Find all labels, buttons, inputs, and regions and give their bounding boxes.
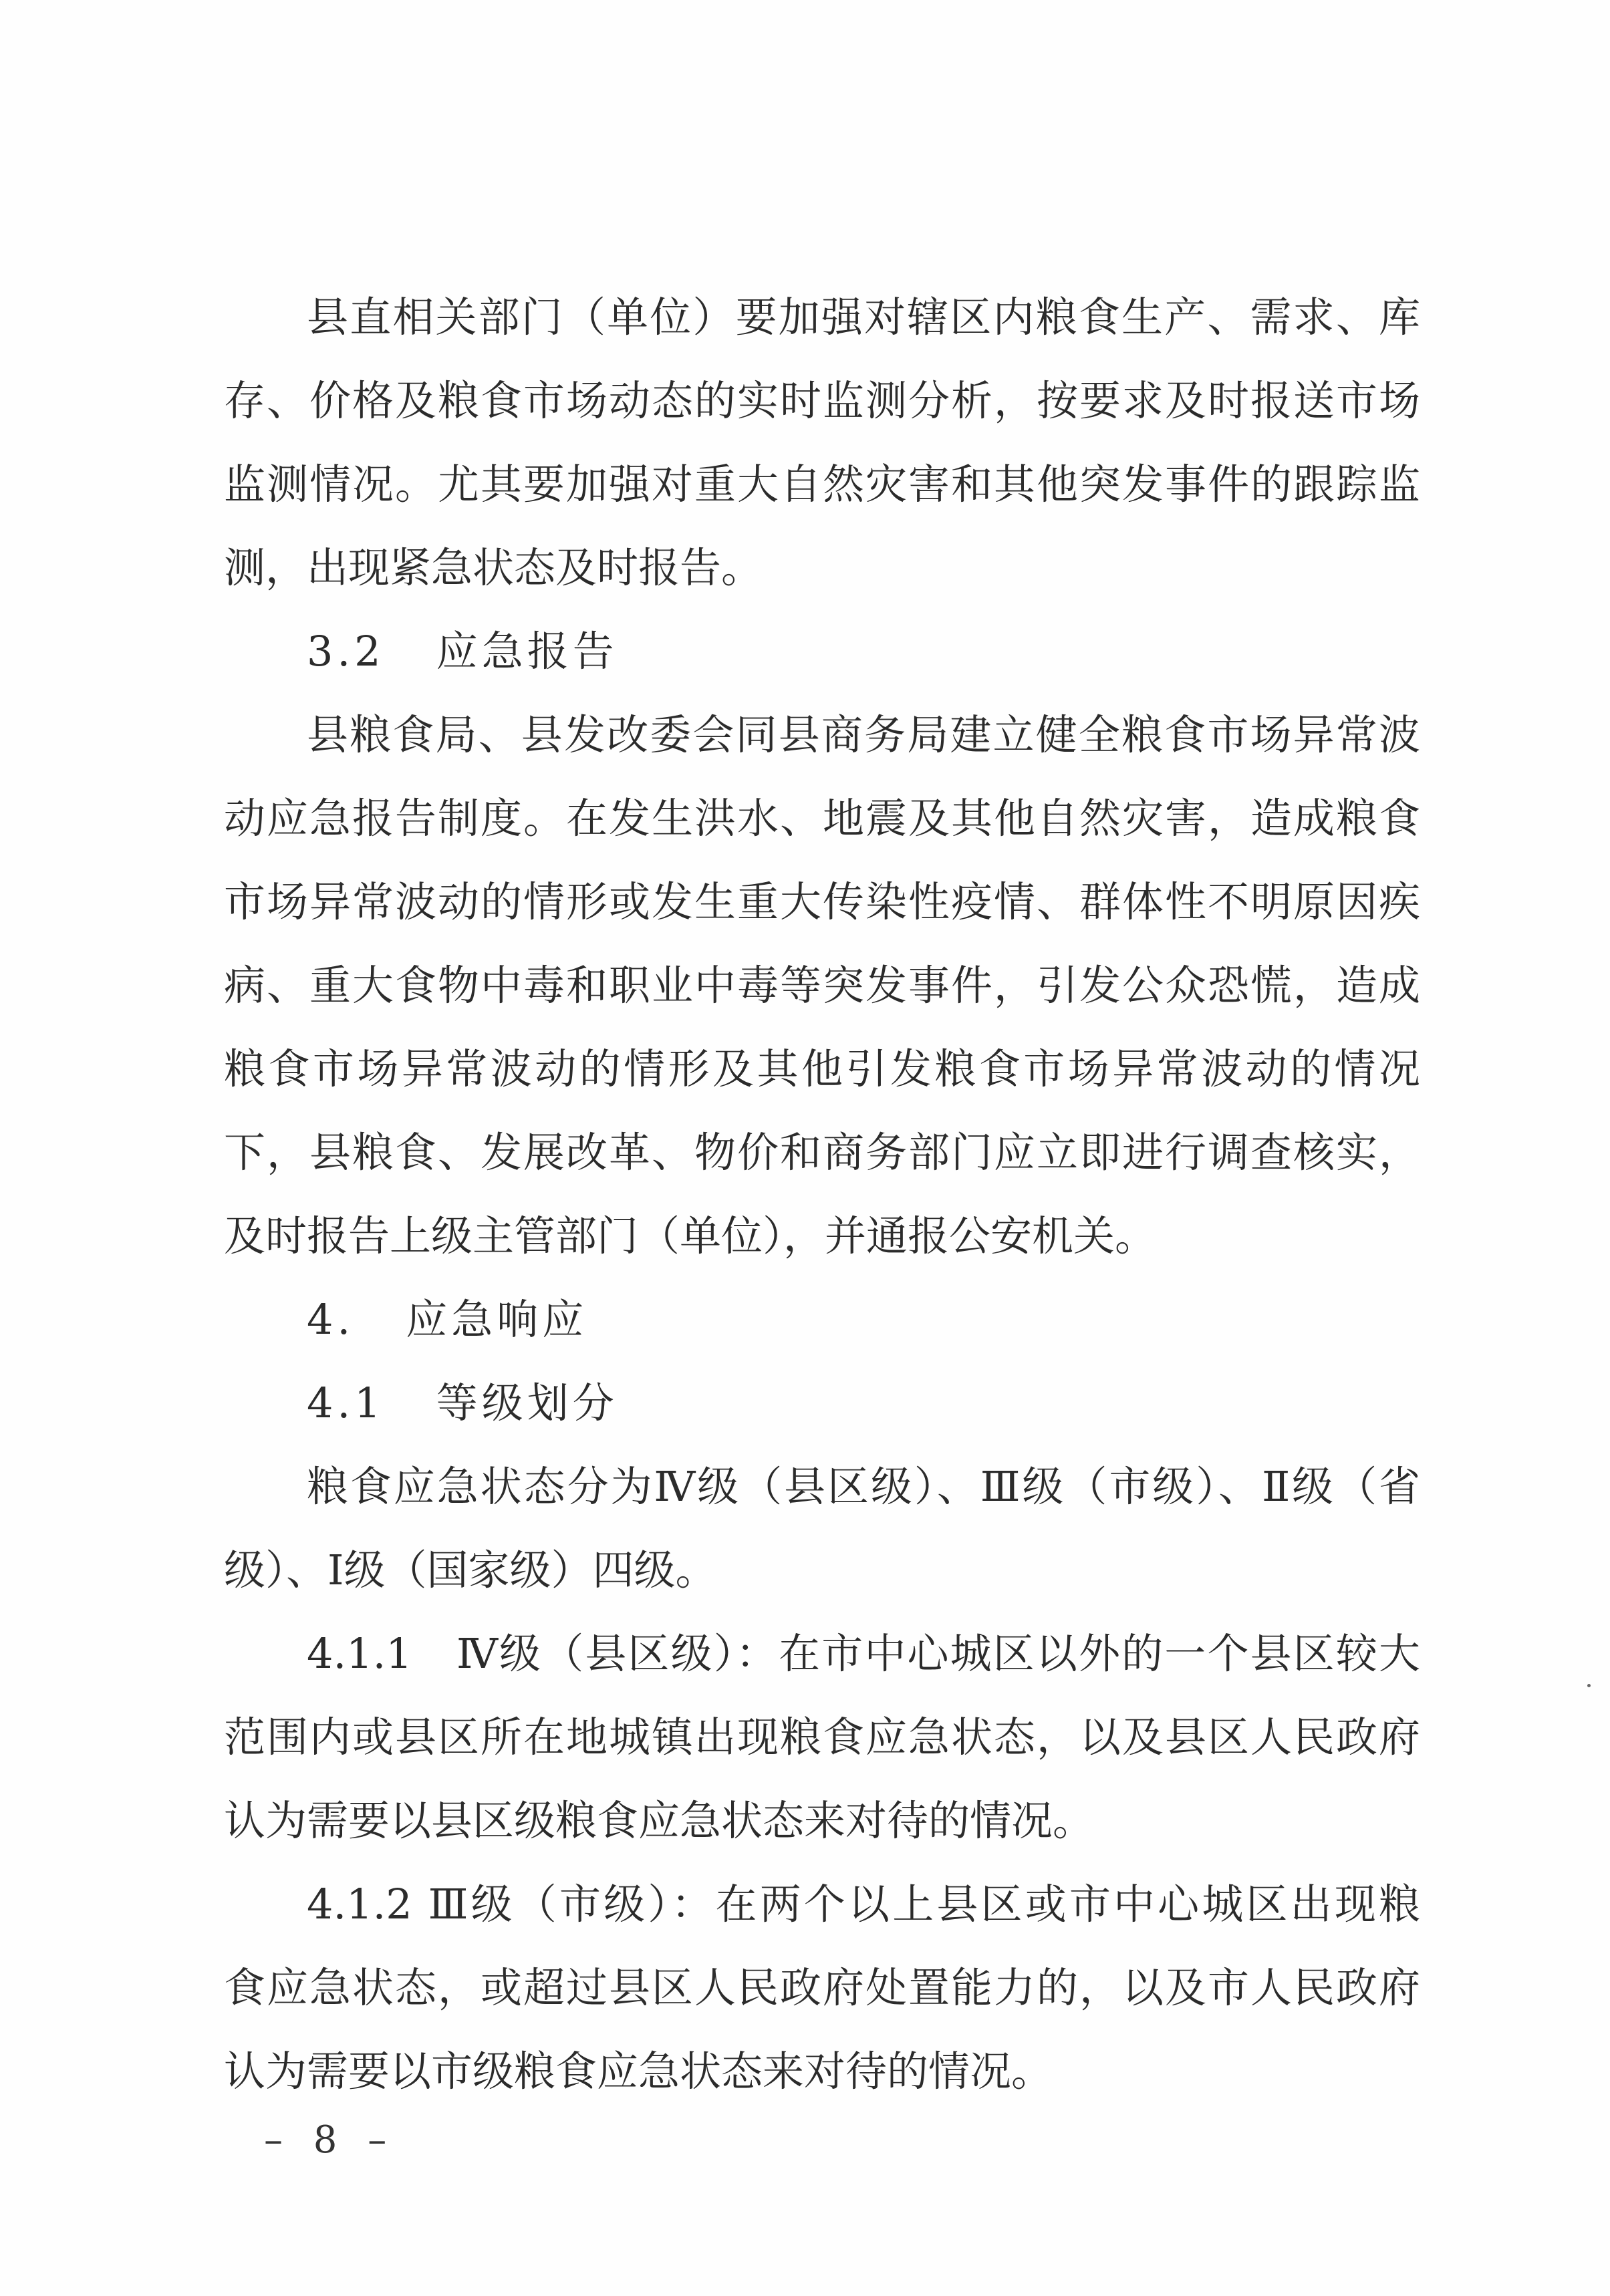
heading-number: 4.1 [307, 1379, 385, 1427]
text-line: 粮食市场异常波动的情形及其他引发粮食市场异常波动的情况 [224, 1027, 1420, 1111]
section-heading-3-2: 3.2 应急报告 [224, 609, 1420, 693]
heading-number: 4. [307, 1295, 354, 1344]
text-line: 存、价格及粮食市场动态的实时监测分析，按要求及时报送市场 [224, 359, 1420, 442]
text-line: 及时报告上级主管部门（单位），并通报公安机关。 [224, 1194, 1420, 1278]
text-line: 下，县粮食、发展改革、物价和商务部门应立即进行调查核实， [224, 1111, 1420, 1194]
text-line: 监测情况。尤其要加强对重大自然灾害和其他突发事件的跟踪监 [224, 442, 1420, 526]
paragraph-level-division: 粮食应急状态分为Ⅳ级（县区级）、Ⅲ级（市级）、Ⅱ级（省 级）、Ⅰ级（国家级）四级… [224, 1445, 1420, 1612]
section-heading-4-1: 4.1 等级划分 [224, 1361, 1420, 1445]
text-line: 认为需要以县区级粮食应急状态来对待的情况。 [224, 1779, 1420, 1862]
text-line: 4.1.1 Ⅳ级（县区级）：在市中心城区以外的一个县区较大 [224, 1612, 1420, 1695]
scan-speck [1587, 1684, 1591, 1687]
section-heading-4: 4. 应急响应 [224, 1278, 1420, 1361]
heading-number: 3.2 [307, 627, 385, 676]
text-line: 动应急报告制度。在发生洪水、地震及其他自然灾害，造成粮食 [224, 776, 1420, 860]
text-line: 4.1.2 Ⅲ级（市级）：在两个以上县区或市中心城区出现粮 [224, 1862, 1420, 1946]
heading-title: 应急响应 [406, 1295, 587, 1344]
text-line: 县直相关部门（单位）要加强对辖区内粮食生产、需求、库 [224, 275, 1420, 359]
document-page: 县直相关部门（单位）要加强对辖区内粮食生产、需求、库 存、价格及粮食市场动态的实… [0, 0, 1610, 2296]
paragraph-level-iv: 4.1.1 Ⅳ级（县区级）：在市中心城区以外的一个县区较大 范围内或县区所在地城… [224, 1612, 1420, 1862]
heading-title: 应急报告 [436, 627, 618, 676]
text-line: 县粮食局、县发改委会同县商务局建立健全粮食市场异常波 [224, 693, 1420, 776]
document-body: 县直相关部门（单位）要加强对辖区内粮食生产、需求、库 存、价格及粮食市场动态的实… [224, 275, 1420, 2113]
text-line: 市场异常波动的情形或发生重大传染性疫情、群体性不明原因疾 [224, 860, 1420, 944]
heading-title: 等级划分 [436, 1379, 618, 1427]
text-line: 测，出现紧急状态及时报告。 [224, 526, 1420, 609]
text-line: 食应急状态，或超过县区人民政府处置能力的，以及市人民政府 [224, 1946, 1420, 2029]
text-line: 病、重大食物中毒和职业中毒等突发事件，引发公众恐慌，造成 [224, 944, 1420, 1027]
page-number: – 8 – [264, 2118, 396, 2162]
text-line: 级）、Ⅰ级（国家级）四级。 [224, 1528, 1420, 1612]
text-line: 认为需要以市级粮食应急状态来对待的情况。 [224, 2029, 1420, 2113]
text-line: 范围内或县区所在地城镇出现粮食应急状态，以及县区人民政府 [224, 1695, 1420, 1779]
paragraph-level-iii: 4.1.2 Ⅲ级（市级）：在两个以上县区或市中心城区出现粮 食应急状态，或超过县… [224, 1862, 1420, 2113]
text-line: 粮食应急状态分为Ⅳ级（县区级）、Ⅲ级（市级）、Ⅱ级（省 [224, 1445, 1420, 1528]
paragraph-monitoring: 县直相关部门（单位）要加强对辖区内粮食生产、需求、库 存、价格及粮食市场动态的实… [224, 275, 1420, 609]
paragraph-emergency-report: 县粮食局、县发改委会同县商务局建立健全粮食市场异常波 动应急报告制度。在发生洪水… [224, 693, 1420, 1278]
